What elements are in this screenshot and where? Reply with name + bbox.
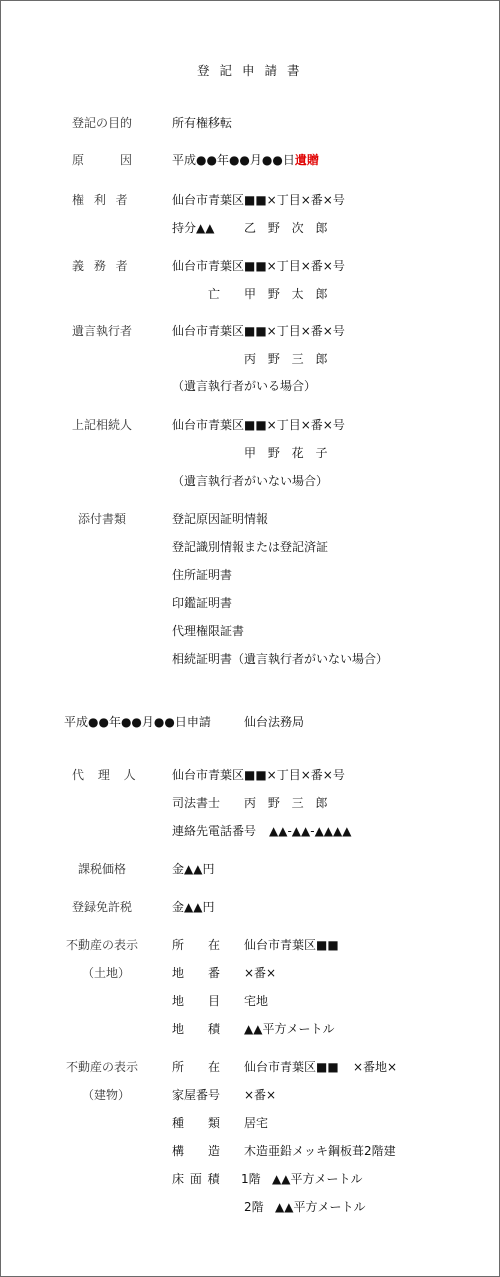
attachment-item: 登記原因証明情報: [172, 512, 268, 526]
land-category: 宅地: [244, 994, 268, 1008]
obligor-label: 義 務 者: [72, 259, 131, 273]
land-key-2: 在: [208, 938, 220, 952]
building-key-1: 構: [172, 1144, 184, 1158]
building-structure: 木造亜鉛メッキ鋼板葺2階建: [244, 1144, 396, 1158]
application-date: 平成●●年●●月●●日申請: [64, 715, 211, 729]
application-office: 仙台法務局: [244, 715, 304, 729]
attachment-item: 印鑑証明書: [172, 596, 232, 610]
land-lot-number: ×番×: [244, 966, 276, 980]
attachment-item: 住所証明書: [172, 568, 232, 582]
building-type: 居宅: [244, 1116, 268, 1130]
attachment-item: 登記識別情報または登記済証: [172, 540, 328, 554]
agent-phone: ▲▲-▲▲-▲▲▲▲: [269, 824, 352, 838]
taxable-value: 金▲▲円: [172, 862, 214, 876]
right-holder-label: 権 利 者: [72, 193, 131, 207]
agent-label: 代 理 人: [72, 768, 141, 782]
building-location: 仙台市青葉区■■: [244, 1060, 339, 1074]
land-key-2: 番: [208, 966, 220, 980]
obligor-address: 仙台市青葉区■■×丁目×番×号: [172, 259, 345, 273]
executor-note: （遺言執行者がいる場合）: [172, 379, 316, 393]
floor-1-area: ▲▲平方メートル: [272, 1172, 362, 1186]
taxable-value-label: 課税価格: [78, 862, 126, 876]
registration-tax: 金▲▲円: [172, 900, 214, 914]
cause-label-1: 原: [72, 153, 84, 167]
agent-title: 司法書士: [172, 796, 220, 810]
floor-area-label: 床 面 積: [172, 1172, 221, 1186]
house-number-label: 家屋番号: [172, 1088, 220, 1102]
floor-1: 1階: [241, 1172, 261, 1186]
building-label: 不動産の表示: [66, 1060, 138, 1074]
obligor-prefix: 亡: [208, 287, 220, 301]
right-holder-name: 乙 野 次 郎: [244, 221, 331, 235]
land-key-1: 地: [172, 994, 184, 1008]
land-label: 不動産の表示: [66, 938, 138, 952]
land-location: 仙台市青葉区■■: [244, 938, 339, 952]
obligor-name: 甲 野 太 郎: [244, 287, 331, 301]
land-key-1: 地: [172, 1022, 184, 1036]
right-holder-address: 仙台市青葉区■■×丁目×番×号: [172, 193, 345, 207]
cause-type: 遺贈: [295, 153, 319, 167]
building-key-1: 所: [172, 1060, 184, 1074]
heir-label: 上記相続人: [72, 418, 132, 432]
attachments-label: 添付書類: [78, 512, 126, 526]
agent-name: 丙 野 三 郎: [244, 796, 331, 810]
executor-label: 遺言執行者: [72, 324, 132, 338]
attachment-item: 代理権限証書: [172, 624, 244, 638]
building-key-2: 造: [208, 1144, 220, 1158]
building-key-2: 類: [208, 1116, 220, 1130]
document-title: 登記申請書: [197, 64, 310, 78]
registration-tax-label: 登録免許税: [72, 900, 132, 914]
building-location-lot: ×番地×: [353, 1060, 397, 1074]
agent-phone-label: 連絡先電話番号: [172, 824, 256, 838]
land-key-1: 所: [172, 938, 184, 952]
floor-2-area: ▲▲平方メートル: [275, 1200, 365, 1214]
purpose-label: 登記の目的: [72, 116, 132, 130]
purpose-value: 所有権移転: [172, 116, 232, 130]
cause-date: 平成●●年●●月●●日: [172, 153, 295, 167]
executor-address: 仙台市青葉区■■×丁目×番×号: [172, 324, 345, 338]
building-sublabel: （建物）: [82, 1088, 130, 1102]
land-key-1: 地: [172, 966, 184, 980]
executor-name: 丙 野 三 郎: [244, 352, 331, 366]
agent-address: 仙台市青葉区■■×丁目×番×号: [172, 768, 345, 782]
heir-address: 仙台市青葉区■■×丁目×番×号: [172, 418, 345, 432]
land-sublabel: （土地）: [82, 966, 130, 980]
heir-note: （遺言執行者がいない場合）: [172, 474, 328, 488]
attachment-item: 相続証明書（遺言執行者がいない場合）: [172, 652, 388, 666]
cause-label-2: 因: [120, 153, 132, 167]
building-key-1: 種: [172, 1116, 184, 1130]
heir-name: 甲 野 花 子: [244, 446, 331, 460]
land-key-2: 積: [208, 1022, 220, 1036]
house-number: ×番×: [244, 1088, 276, 1102]
building-key-2: 在: [208, 1060, 220, 1074]
floor-2: 2階: [244, 1200, 264, 1214]
right-holder-share: 持分▲▲: [172, 221, 214, 235]
cause-value: 平成●●年●●月●●日遺贈: [172, 153, 319, 167]
document-page: 登記申請書 登記の目的 所有権移転 原 因 平成●●年●●月●●日遺贈 権 利 …: [0, 0, 500, 1277]
land-area: ▲▲平方メートル: [244, 1022, 334, 1036]
land-key-2: 目: [208, 994, 220, 1008]
